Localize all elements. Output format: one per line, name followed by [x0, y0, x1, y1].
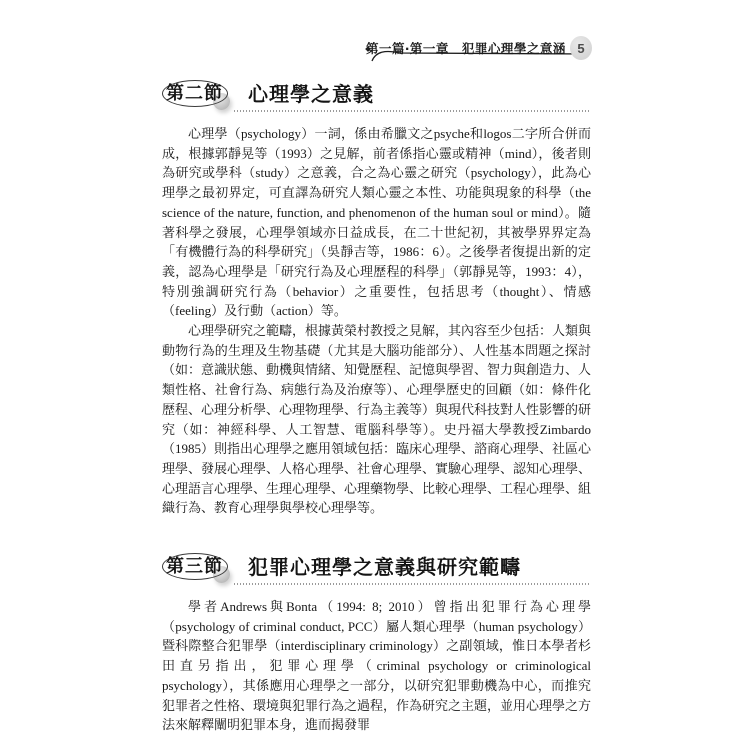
section-2-badge: 第二節	[162, 78, 230, 106]
section-2-badge-label: 第二節	[166, 79, 226, 105]
section-2: 第二節 心理學之意義 心理學（psychology）一詞，係由希臘文之psych…	[162, 78, 591, 518]
section-3-badge: 第三節	[162, 551, 230, 579]
dotted-rule	[234, 583, 591, 585]
section-3: 第三節 犯罪心理學之意義與研究範疇 學者Andrews與Bonta（1994: …	[162, 551, 591, 735]
paragraph: 心理學研究之範疇，根據黃榮村教授之見解，其內容至少包括：人類與動物行為的生理及生…	[162, 321, 591, 518]
text-column: 第二節 心理學之意義 心理學（psychology）一詞，係由希臘文之psych…	[162, 78, 591, 735]
book-page: 第一篇‧第一章 犯罪心理學之意涵 5 第二節 心理學之意義 心理學（psycho…	[0, 0, 750, 750]
paragraph: 心理學（psychology）一詞，係由希臘文之psyche和logos二字所合…	[162, 124, 591, 321]
chapter-label: 第一篇‧第一章 犯罪心理學之意涵	[366, 39, 566, 57]
section-3-badge-label: 第三節	[166, 552, 226, 578]
section-3-title: 犯罪心理學之意義與研究範疇	[248, 551, 521, 580]
page-number-circle: 5	[570, 36, 592, 60]
section-2-body: 心理學（psychology）一詞，係由希臘文之psyche和logos二字所合…	[162, 124, 591, 518]
page-number: 5	[577, 41, 584, 56]
running-header: 第一篇‧第一章 犯罪心理學之意涵 5	[366, 36, 592, 66]
section-3-body: 學者Andrews與Bonta（1994: 8; 2010）曾指出犯罪行為心理學…	[162, 597, 591, 735]
section-2-title: 心理學之意義	[248, 78, 374, 107]
section-2-heading: 第二節 心理學之意義	[162, 78, 591, 112]
section-3-heading: 第三節 犯罪心理學之意義與研究範疇	[162, 551, 591, 585]
dotted-rule	[234, 110, 591, 112]
paragraph: 學者Andrews與Bonta（1994: 8; 2010）曾指出犯罪行為心理學…	[162, 597, 591, 735]
